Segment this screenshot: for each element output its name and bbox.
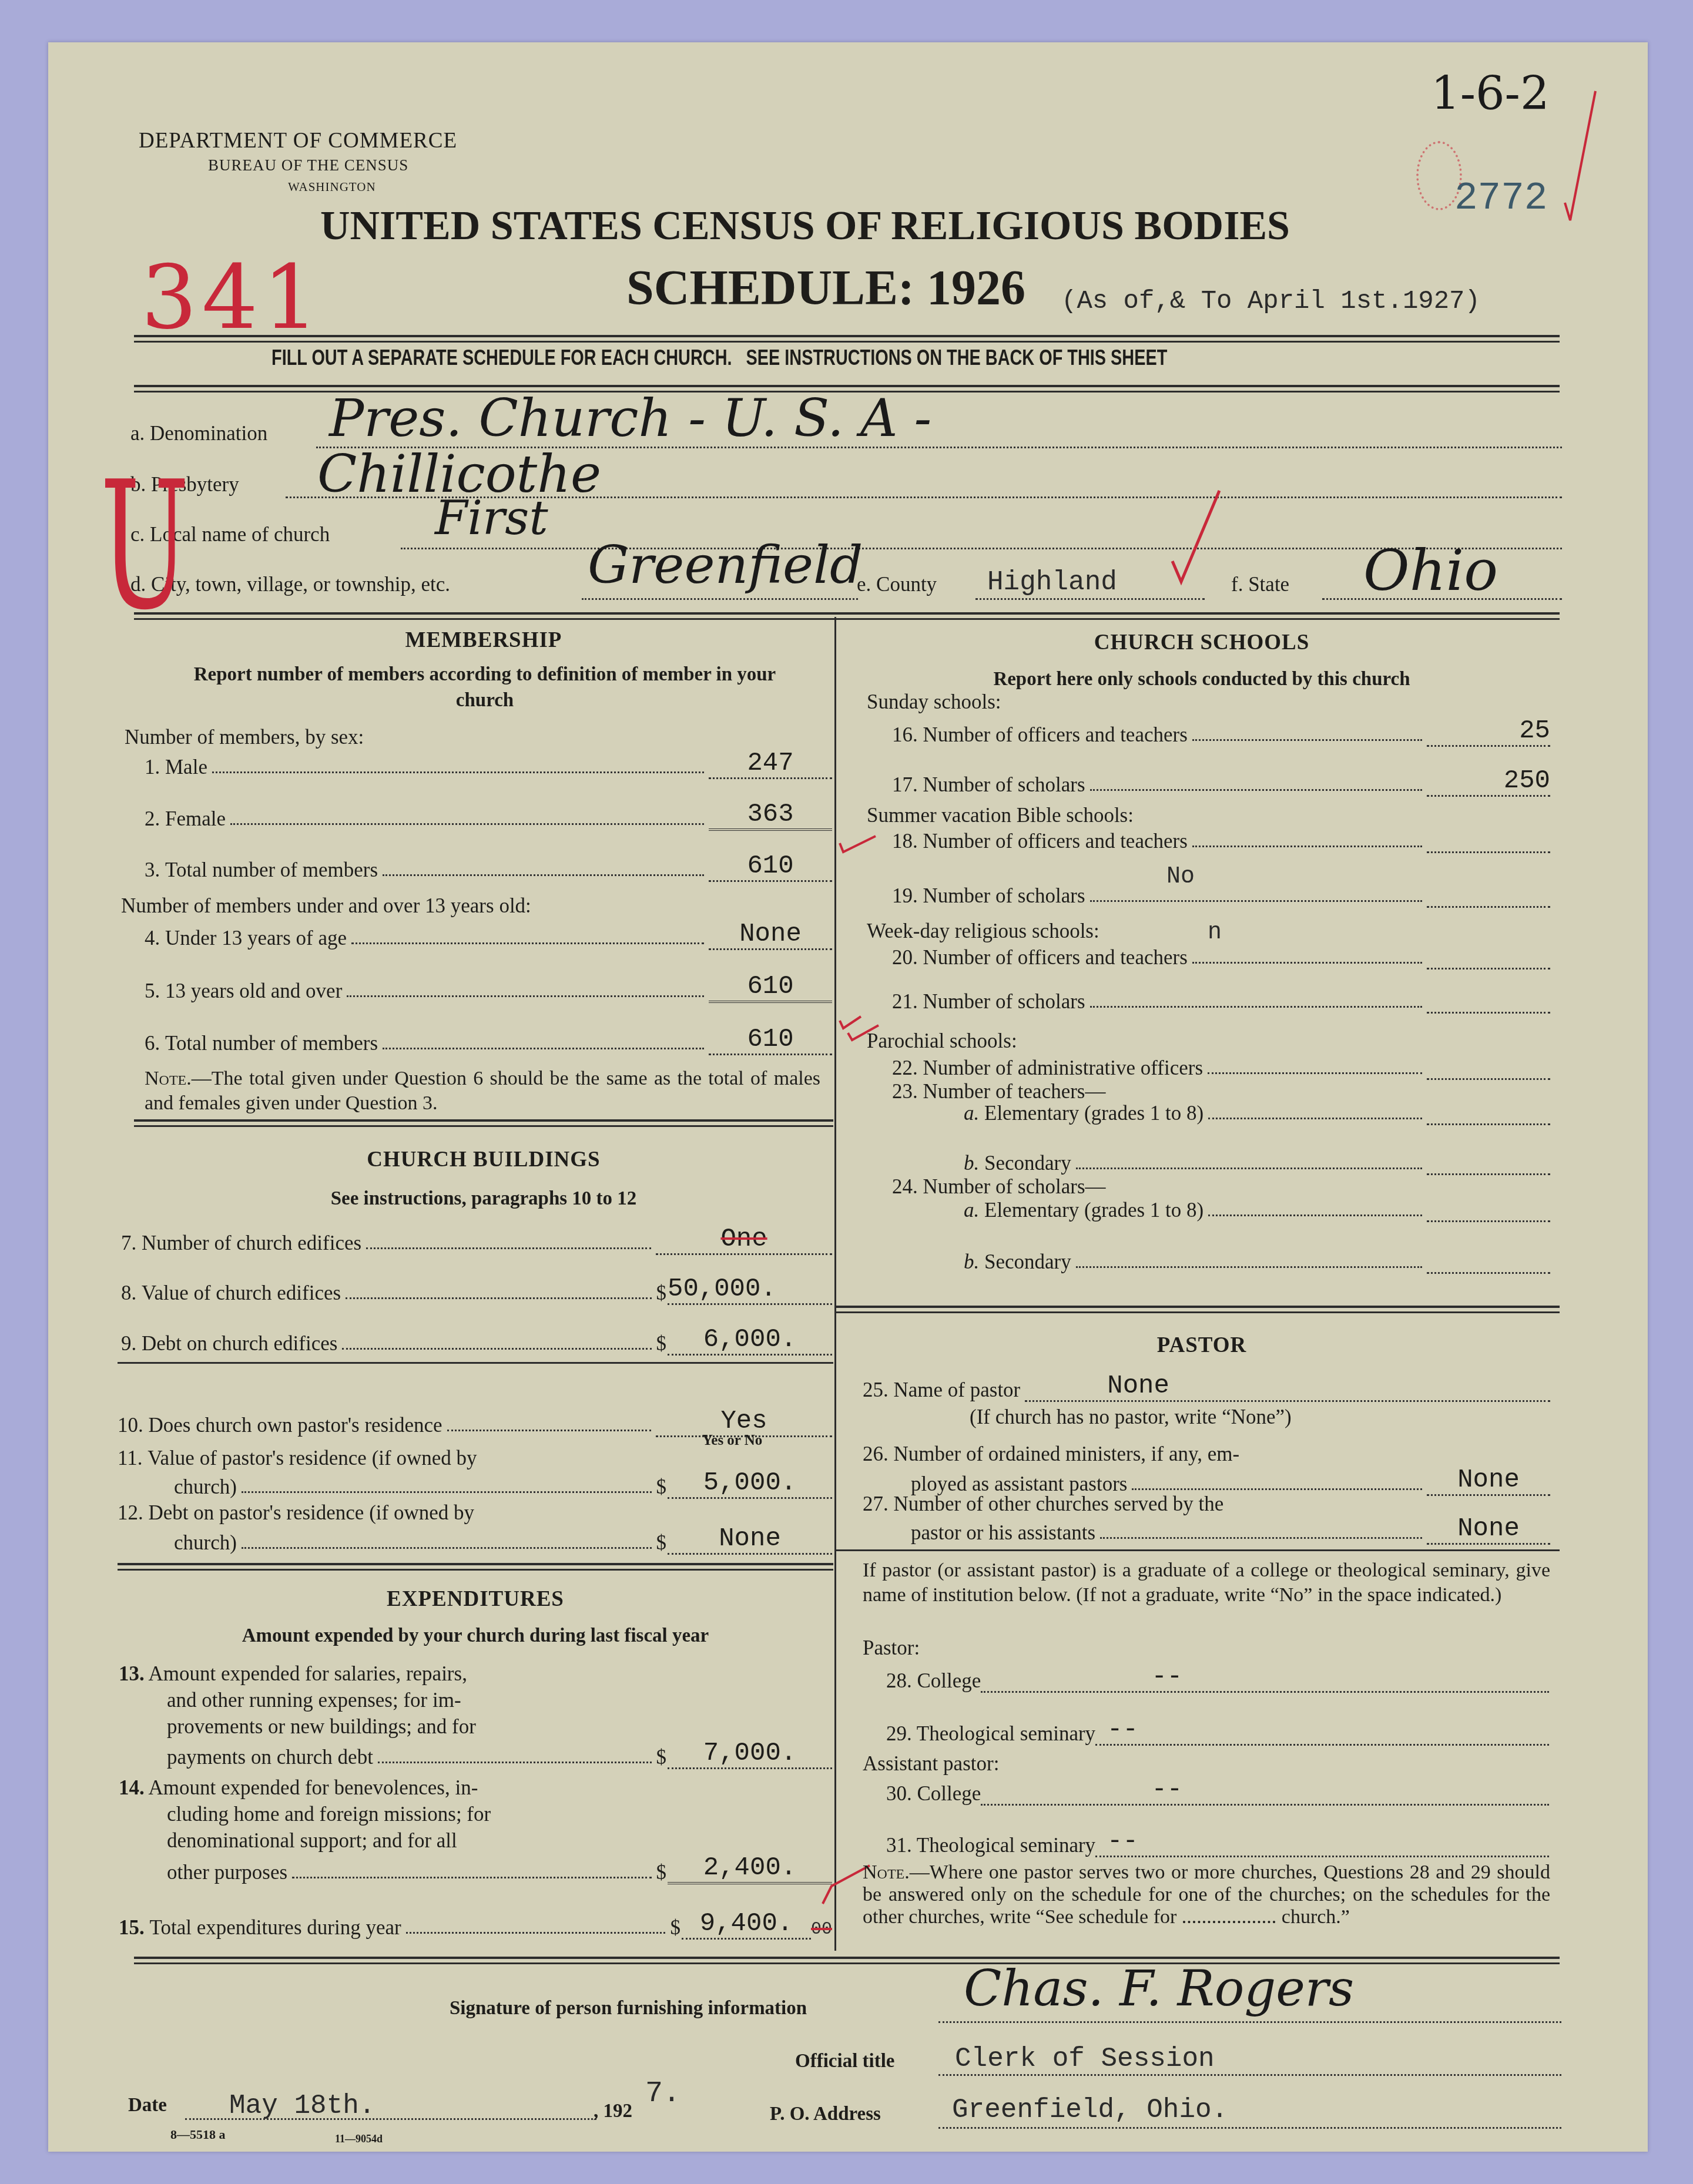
weekday-officers-field[interactable] <box>1427 968 1550 969</box>
pastor-subgroup-label: Pastor: <box>863 1636 920 1660</box>
expenditures-heading: EXPENDITURES <box>118 1586 833 1612</box>
item-label: 25. Name of pastor <box>863 1378 1020 1402</box>
item-number: 1. <box>145 756 160 779</box>
item-number: 14. <box>119 1776 145 1799</box>
signature-field[interactable] <box>938 2021 1561 2023</box>
item-label: Number of scholars <box>923 884 1085 908</box>
year-suffix: 7. <box>645 2077 680 2111</box>
teachers-secondary-field[interactable] <box>1427 1173 1550 1175</box>
total-members-2-field[interactable]: 610 <box>709 1025 832 1055</box>
leader-dots <box>1192 739 1422 741</box>
item-label: Amount expended for salaries, repairs, <box>149 1662 467 1685</box>
residence-debt-field[interactable]: None <box>668 1525 832 1555</box>
divider <box>134 1119 833 1122</box>
item-number: 22. <box>892 1056 918 1080</box>
13-and-over-field[interactable]: 610 <box>709 972 832 1003</box>
dollar-sign: $ <box>656 1332 667 1356</box>
item-number: 16. <box>892 723 918 747</box>
item-label: 13 years old and over <box>165 979 342 1003</box>
item-letter: a. <box>964 1199 979 1222</box>
leader-dots <box>1192 846 1422 847</box>
yes-no-hint: Yes or No <box>702 1432 762 1449</box>
church-schools-heading: CHURCH SCHOOLS <box>840 630 1563 655</box>
leader-dots <box>366 1247 651 1249</box>
item-label: Secondary <box>984 1250 1071 1274</box>
female-count-field[interactable]: 363 <box>709 800 832 831</box>
buildings-row-12: church) $None <box>174 1525 832 1555</box>
struck-cents: 00 <box>811 1920 832 1940</box>
divider <box>118 1362 833 1364</box>
school-row-17: 17. Number of scholars 250 <box>892 767 1550 797</box>
assistant-college-field[interactable]: -- <box>981 1776 1549 1806</box>
item-label: Number of administrative officers <box>923 1056 1203 1080</box>
divider <box>118 1563 833 1565</box>
leader-dots <box>1076 1266 1422 1268</box>
leader-dots <box>383 874 704 876</box>
item-label: Elementary (grades 1 to 8) <box>984 1102 1203 1125</box>
item-label: Number of scholars <box>923 990 1085 1014</box>
leader-dots <box>383 1048 704 1049</box>
graduate-instructions: If pastor (or assistant pastor) is a gra… <box>863 1558 1550 1608</box>
expenditure-14-row: other purposes $2,400. <box>167 1854 832 1884</box>
leader-dots <box>1090 1006 1422 1008</box>
item-number: 9. <box>121 1332 136 1356</box>
buildings-row-9: 9. Debt on church edifices $6,000. <box>121 1326 832 1356</box>
leader-dots <box>1132 1488 1422 1490</box>
item-label: Elementary (grades 1 to 8) <box>984 1199 1203 1222</box>
official-title-value: Clerk of Session <box>955 2044 1215 2074</box>
buildings-row-11: church) $5,000. <box>174 1469 832 1499</box>
item-letter: b. <box>964 1152 979 1175</box>
official-title-field[interactable] <box>938 2074 1561 2076</box>
church-buildings-heading: CHURCH BUILDINGS <box>134 1147 833 1172</box>
county-label: e. County <box>857 573 937 596</box>
divider <box>134 335 1560 337</box>
summer-officers-field[interactable] <box>1427 851 1550 853</box>
school-row-24b: b. Secondary <box>964 1250 1550 1274</box>
item-label: Female <box>165 807 226 831</box>
item-label: Debt on church edifices <box>142 1332 337 1356</box>
red-check-icon <box>1563 88 1598 223</box>
leader-dots <box>406 1932 666 1934</box>
sunday-officers-field[interactable]: 25 <box>1427 717 1550 747</box>
item-label: Value of church edifices <box>142 1281 341 1305</box>
po-address-label: P. O. Address <box>770 2104 881 2125</box>
pastor-college-field[interactable]: -- <box>981 1663 1549 1693</box>
pastor-seminary-field[interactable]: -- <box>1095 1716 1549 1746</box>
item-label: and other running expenses; for im- <box>119 1689 461 1712</box>
leader-dots <box>212 771 704 773</box>
item-label: Number of officers and teachers <box>923 946 1188 969</box>
red-check-icon <box>1169 488 1222 588</box>
leader-dots <box>1076 1168 1422 1169</box>
leader-dots <box>242 1547 652 1549</box>
pastor-row-30: 30. College -- <box>886 1776 1549 1806</box>
signature-label: Signature of person furnishing informati… <box>450 1998 807 2019</box>
school-row-23b: b. Secondary <box>964 1152 1550 1175</box>
official-title-label: Official title <box>795 2051 895 2072</box>
print-code: 11—9054d <box>335 2133 383 2145</box>
leader-dots <box>378 1762 652 1763</box>
pastor-note: Note.—Where one pastor serves two or mor… <box>863 1861 1550 1928</box>
state-value: Ohio <box>1363 538 1498 603</box>
city-label: WASHINGTON <box>288 180 376 194</box>
item-number: 18. <box>892 830 918 853</box>
teachers-elementary-field[interactable] <box>1427 1123 1550 1125</box>
pastor-row-26: ployed as assistant pastors None <box>911 1466 1550 1496</box>
buildings-row-7: 7. Number of church edifices One <box>121 1225 832 1255</box>
red-handwritten-letter: U <box>100 458 190 635</box>
pastor-row-28: 28. College -- <box>886 1663 1549 1693</box>
assistant-pastors-field[interactable]: None <box>1427 1466 1550 1496</box>
buildings-row-12-label: 12. Debt on pastor's residence (if owned… <box>118 1501 474 1525</box>
item-label: denominational support; and for all <box>119 1829 457 1852</box>
denomination-label: a. Denomination <box>130 422 267 445</box>
item-label: provements or new buildings; and for <box>119 1715 476 1738</box>
pastor-row-27: pastor or his assistants None <box>911 1515 1550 1545</box>
item-letter: b. <box>964 1250 979 1274</box>
item-number: 5. <box>145 979 160 1003</box>
school-row-16: 16. Number of officers and teachers 25 <box>892 717 1550 747</box>
item-number: 19. <box>892 884 918 908</box>
school-row-24-label: 24. Number of scholars— <box>892 1175 1106 1199</box>
bureau-label: BUREAU OF THE CENSUS <box>208 156 408 175</box>
leader-dots <box>230 823 704 825</box>
item-label: Number of scholars <box>923 773 1085 797</box>
red-handwritten-number: 341 <box>141 247 323 349</box>
divider <box>134 385 1560 387</box>
membership-row-total: 3. Total number of members 610 <box>145 852 832 882</box>
pastor-row-29: 29. Theological seminary -- <box>886 1716 1549 1746</box>
leader-dots <box>1208 1215 1422 1216</box>
item-label: cluding home and foreign missions; for <box>119 1803 491 1826</box>
item-label: church) <box>174 1475 237 1499</box>
note-text: —The total given under Question 6 should… <box>145 1068 820 1114</box>
note-lead: Note. <box>145 1068 192 1089</box>
school-row-19: 19. Number of scholars <box>892 884 1550 908</box>
item-letter: a. <box>964 1102 979 1125</box>
leader-dots <box>1208 1118 1422 1119</box>
assistant-pastor-label: Assistant pastor: <box>863 1752 999 1776</box>
item-label: 30. College <box>886 1782 981 1806</box>
weekday-schools-label: Week-day religious schools: <box>867 920 1099 943</box>
leader-dots <box>242 1491 652 1493</box>
item-label: payments on church debt <box>167 1746 373 1769</box>
membership-heading: MEMBERSHIP <box>134 628 833 653</box>
pastor-name-hint: (If church has no pastor, write “None”) <box>970 1405 1292 1429</box>
membership-row-male: 1. Male 247 <box>145 749 832 779</box>
item-label: Does church own pastor's residence <box>149 1414 442 1437</box>
leader-dots <box>351 942 704 944</box>
item-label: Total expenditures during year <box>150 1916 401 1940</box>
sunday-schools-label: Sunday schools: <box>867 690 1001 714</box>
school-row-23a: a. Elementary (grades 1 to 8) <box>964 1102 1550 1125</box>
school-row-18: 18. Number of officers and teachers <box>892 830 1550 853</box>
residence-value-field[interactable]: 5,000. <box>668 1469 832 1499</box>
male-count-field[interactable]: 247 <box>709 749 832 779</box>
county-value: Highland <box>987 567 1117 598</box>
item-label: 29. Theological seminary <box>886 1722 1095 1746</box>
leader-dots <box>1090 900 1422 902</box>
expenditures-subheading: Amount expended by your church during la… <box>118 1623 833 1649</box>
under-13-field[interactable]: None <box>709 920 832 950</box>
item-number: 13. <box>119 1662 145 1685</box>
item-label: Number of scholars— <box>923 1175 1106 1198</box>
po-address-value: Greenfield, Ohio. <box>952 2095 1228 2125</box>
stamp-number: 2772 <box>1454 176 1547 220</box>
pastor-row-26-label: 26. Number of ordained ministers, if any… <box>863 1442 1239 1466</box>
item-label: Total number of members <box>165 1032 378 1055</box>
church-schools-subheading: Report here only schools conducted by th… <box>840 666 1563 692</box>
sunday-scholars-field[interactable]: 250 <box>1427 767 1550 797</box>
red-check-icon <box>837 831 879 861</box>
members-by-sex-label: Number of members, by sex: <box>125 726 364 749</box>
item-number: 8. <box>121 1281 136 1305</box>
divider <box>134 612 1560 615</box>
leader-dots <box>1192 962 1422 964</box>
po-address-field[interactable] <box>938 2127 1561 2129</box>
item-number: 10. <box>118 1414 143 1437</box>
parochial-schools-label: Parochial schools: <box>867 1029 1017 1053</box>
expenditure-15-row: 15. Total expenditures during year $9,40… <box>119 1910 832 1940</box>
item-label: Number of officers and teachers <box>923 830 1188 853</box>
item-label: Number of teachers— <box>923 1080 1106 1103</box>
pastor-name-field[interactable]: None <box>1025 1372 1550 1402</box>
pastor-row-31: 31. Theological seminary -- <box>886 1827 1549 1857</box>
item-number: 15. <box>119 1916 145 1940</box>
item-label: Amount expended for benevolences, in- <box>149 1776 478 1799</box>
page-title: UNITED STATES CENSUS OF RELIGIOUS BODIES <box>320 203 1290 250</box>
item-number: 12. <box>118 1501 143 1524</box>
weekday-scholars-field[interactable] <box>1427 1012 1550 1014</box>
divider <box>134 1957 1560 1959</box>
item-number: 17. <box>892 773 918 797</box>
edifice-value-field[interactable]: 50,000. <box>668 1275 832 1305</box>
city-field[interactable] <box>582 598 858 600</box>
leader-dots <box>346 1297 651 1299</box>
item-number: 21. <box>892 990 918 1014</box>
scholars-elementary-field[interactable] <box>1427 1220 1550 1222</box>
school-row-23-label: 23. Number of teachers— <box>892 1080 1105 1103</box>
item-number: 20. <box>892 946 918 969</box>
item-number: 4. <box>145 927 160 950</box>
pastor-row-25: 25. Name of pastor None <box>863 1372 1550 1402</box>
admin-officers-field[interactable] <box>1427 1078 1550 1080</box>
divider <box>836 1549 1560 1551</box>
assistant-seminary-field[interactable]: -- <box>1095 1827 1549 1857</box>
leader-dots <box>1100 1537 1422 1539</box>
county-field[interactable] <box>975 598 1205 600</box>
schedule-title: SCHEDULE: 1926 <box>626 260 1025 317</box>
membership-row-under13: 4. Under 13 years of age None <box>145 920 832 950</box>
divider <box>836 1306 1560 1308</box>
item-label: Male <box>165 756 207 779</box>
item-label: Number of church edifices <box>142 1232 361 1255</box>
running-expenses-field[interactable]: 7,000. <box>668 1739 832 1769</box>
dollar-sign: $ <box>670 1916 680 1940</box>
item-label: church) <box>174 1531 237 1555</box>
instructions-banner: FILL OUT A SEPARATE SCHEDULE FOR EACH CH… <box>271 345 1167 370</box>
pastor-row-27-label: 27. Number of other churches served by t… <box>863 1492 1223 1516</box>
dollar-sign: $ <box>656 1281 667 1305</box>
item-label: Total number of members <box>165 858 378 882</box>
item-label: Secondary <box>984 1152 1071 1175</box>
state-label: f. State <box>1231 573 1289 596</box>
form-number: 8—5518 a <box>170 2127 226 2142</box>
local-name-value: First <box>435 491 548 545</box>
item-label: Debt on pastor's residence (if owned by <box>149 1501 474 1524</box>
leader-dots <box>1208 1072 1422 1074</box>
item-label: 28. College <box>886 1669 981 1693</box>
item-label: 31. Theological seminary <box>886 1834 1095 1857</box>
school-row-21: 21. Number of scholars <box>892 990 1550 1014</box>
denomination-value: Pres. Church - U. S. A - <box>329 388 931 448</box>
membership-row-female: 2. Female 363 <box>145 800 832 831</box>
benevolences-field[interactable]: 2,400. <box>668 1854 832 1884</box>
edifice-debt-field[interactable]: 6,000. <box>668 1326 832 1356</box>
membership-row-13-and-over: 5. 13 years old and over 610 <box>145 972 832 1003</box>
summer-schools-label: Summer vacation Bible schools: <box>867 804 1134 827</box>
item-number: 23. <box>892 1080 918 1103</box>
school-row-22: 22. Number of administrative officers <box>892 1056 1550 1080</box>
dollar-sign: $ <box>656 1531 667 1555</box>
date-value: May 18th. <box>229 2091 375 2121</box>
scholars-secondary-field[interactable] <box>1427 1272 1550 1274</box>
item-number: 6. <box>145 1032 160 1055</box>
note-text: —Where one pastor serves two or more chu… <box>863 1861 1550 1928</box>
handwritten-code: 1-6-2 <box>1431 68 1550 120</box>
date-label: Date <box>128 2095 167 2116</box>
leader-dots <box>447 1430 651 1431</box>
members-age-label: Number of members under and over 13 year… <box>121 894 531 918</box>
leader-dots <box>342 1348 651 1350</box>
leader-dots <box>1090 789 1422 791</box>
other-churches-field[interactable]: None <box>1427 1515 1550 1545</box>
item-label: Number of officers and teachers <box>923 723 1188 747</box>
city-value: Greenfield <box>588 535 863 595</box>
expenditure-13-row: payments on church debt $7,000. <box>167 1739 832 1769</box>
total-expenditures-field[interactable]: 9,400. <box>682 1910 811 1940</box>
department-label: DEPARTMENT OF COMMERCE <box>139 128 457 153</box>
expenditure-13: 13. Amount expended for salaries, repair… <box>119 1660 476 1740</box>
membership-row-total-2: 6. Total number of members 610 <box>145 1025 832 1055</box>
column-divider <box>834 617 836 1951</box>
item-number: 11. <box>118 1447 142 1470</box>
school-row-24a: a. Elementary (grades 1 to 8) <box>964 1199 1550 1222</box>
church-edifices-count-field[interactable]: One <box>656 1225 832 1255</box>
item-label: pastor or his assistants <box>911 1521 1095 1545</box>
item-number: 24. <box>892 1175 918 1198</box>
item-label: other purposes <box>167 1861 287 1884</box>
signature-value: Chas. F. Rogers <box>964 1960 1354 2017</box>
buildings-row-11-label: 11. Value of pastor's residence (if owne… <box>118 1447 477 1470</box>
leader-dots <box>347 995 704 997</box>
membership-subheading: Report number of members according to de… <box>170 662 799 713</box>
dollar-sign: $ <box>656 1861 667 1884</box>
item-number: 7. <box>121 1232 136 1255</box>
item-label: Value of pastor's residence (if owned by <box>147 1447 477 1470</box>
item-number: 3. <box>145 858 160 882</box>
item-label: Under 13 years of age <box>165 927 347 950</box>
buildings-row-8: 8. Value of church edifices $50,000. <box>121 1275 832 1305</box>
note-lead: Note. <box>863 1861 910 1883</box>
total-members-field[interactable]: 610 <box>709 852 832 882</box>
typed-date-range: (As of,& To April 1st.1927) <box>1061 287 1480 316</box>
dollar-sign: $ <box>656 1746 667 1769</box>
membership-note: Note.—The total given under Question 6 s… <box>145 1066 820 1116</box>
pastor-heading: PASTOR <box>840 1333 1563 1358</box>
leader-dots <box>292 1877 651 1878</box>
school-row-20: 20. Number of officers and teachers <box>892 946 1550 969</box>
church-buildings-subheading: See instructions, paragraphs 10 to 12 <box>134 1186 833 1212</box>
dollar-sign: $ <box>656 1475 667 1499</box>
no-mark: No <box>1166 864 1195 890</box>
summer-scholars-field[interactable] <box>1427 906 1550 908</box>
n-mark: n <box>1208 920 1222 946</box>
year-prefix: , 192 <box>594 2101 632 2122</box>
item-number: 2. <box>145 807 160 831</box>
expenditure-14: 14. Amount expended for benevolences, in… <box>119 1774 491 1854</box>
